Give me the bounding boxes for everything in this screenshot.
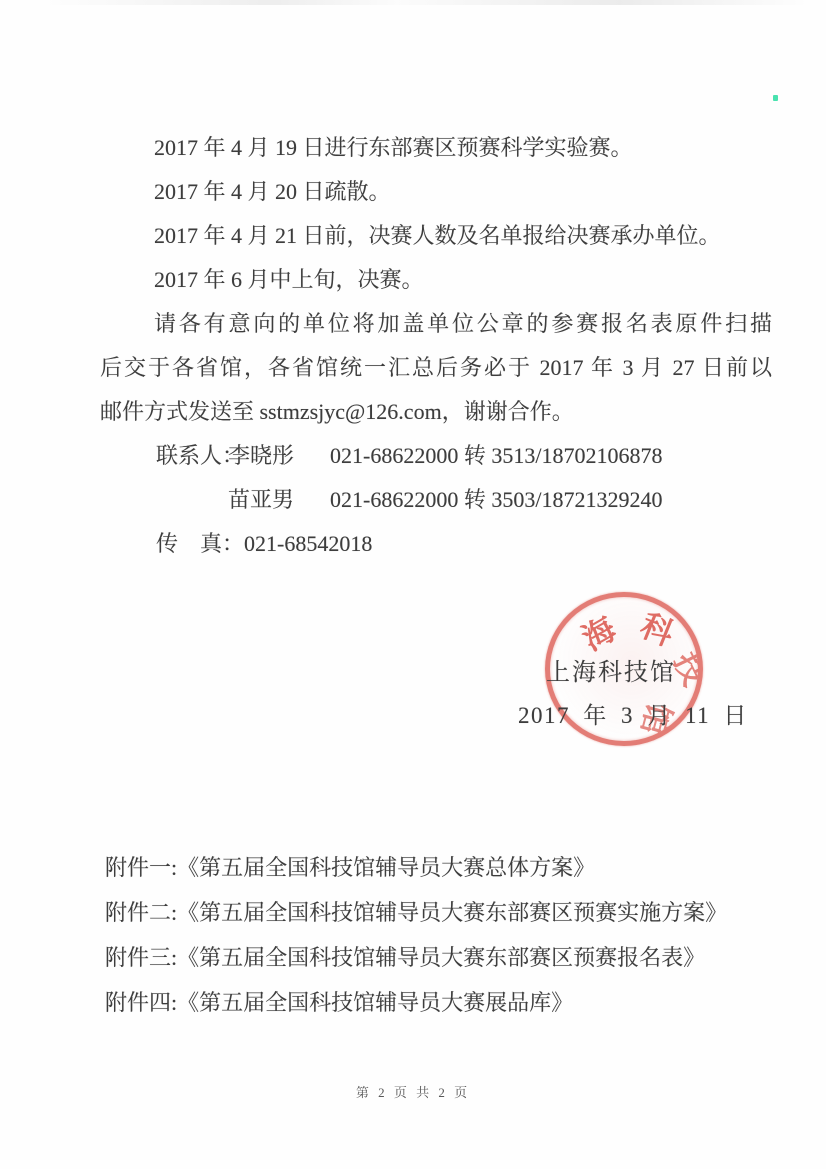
- seal-character: 科: [635, 601, 682, 656]
- schedule-line: 2017 年 4 月 20 日疏散。: [100, 170, 772, 214]
- page-number-footer: 第 2 页 共 2 页: [0, 1082, 826, 1101]
- scanned-document-page: 2017 年 4 月 19 日进行东部赛区预赛科学实验赛。 2017 年 4 月…: [0, 0, 826, 1169]
- fax-label: 传 真：: [156, 531, 244, 556]
- attachment-list: 附件一:《第五届全国科技馆辅导员大赛总体方案》 附件二:《第五届全国科技馆辅导员…: [105, 845, 785, 1025]
- notice-line: 后交于各省馆，各省馆统一汇总后务必于 2017 年 3 月 27 日前以: [100, 346, 772, 390]
- attachment-item: 附件二:《第五届全国科技馆辅导员大赛东部赛区预赛实施方案》: [105, 890, 785, 935]
- schedule-line: 2017 年 4 月 19 日进行东部赛区预赛科学实验赛。: [100, 126, 772, 170]
- notice-line: 请各有意向的单位将加盖单位公章的参赛报名表原件扫描: [100, 302, 772, 346]
- contact-name: 苗亚男: [228, 478, 330, 522]
- contact-line-2: 苗亚男021-68622000 转 3503/18721329240: [100, 478, 772, 522]
- attachment-item: 附件一:《第五届全国科技馆辅导员大赛总体方案》: [105, 845, 785, 890]
- attachment-item: 附件四:《第五届全国科技馆辅导员大赛展品库》: [105, 980, 785, 1025]
- attachment-item: 附件三:《第五届全国科技馆辅导员大赛东部赛区预赛报名表》: [105, 935, 785, 980]
- contact-line-1: 联系人：李晓彤021-68622000 转 3513/18702106878: [100, 434, 772, 478]
- fax-number: 021-68542018: [244, 531, 372, 556]
- schedule-line: 2017 年 4 月 21 日前，决赛人数及名单报给决赛承办单位。: [100, 214, 772, 258]
- contact-label: 联系人：: [156, 434, 228, 478]
- scan-edge-artifact: [0, 0, 826, 5]
- contact-phone: 021-68622000 转 3503/18721329240: [330, 487, 662, 512]
- notice-line: 邮件方式发送至 sstmzsjyc@126.com，谢谢合作。: [100, 390, 772, 434]
- signature-date: 2017 年 3 月 11 日: [518, 697, 748, 730]
- contact-phone: 021-68622000 转 3513/18702106878: [330, 443, 662, 468]
- document-body: 2017 年 4 月 19 日进行东部赛区预赛科学实验赛。 2017 年 4 月…: [100, 126, 772, 566]
- signature-organization: 上海科技馆: [546, 652, 676, 687]
- scan-speckle: [773, 95, 778, 101]
- schedule-line: 2017 年 6 月中上旬，决赛。: [100, 258, 772, 302]
- contact-name: 李晓彤: [228, 434, 330, 478]
- fax-line: 传 真：021-68542018: [100, 522, 772, 566]
